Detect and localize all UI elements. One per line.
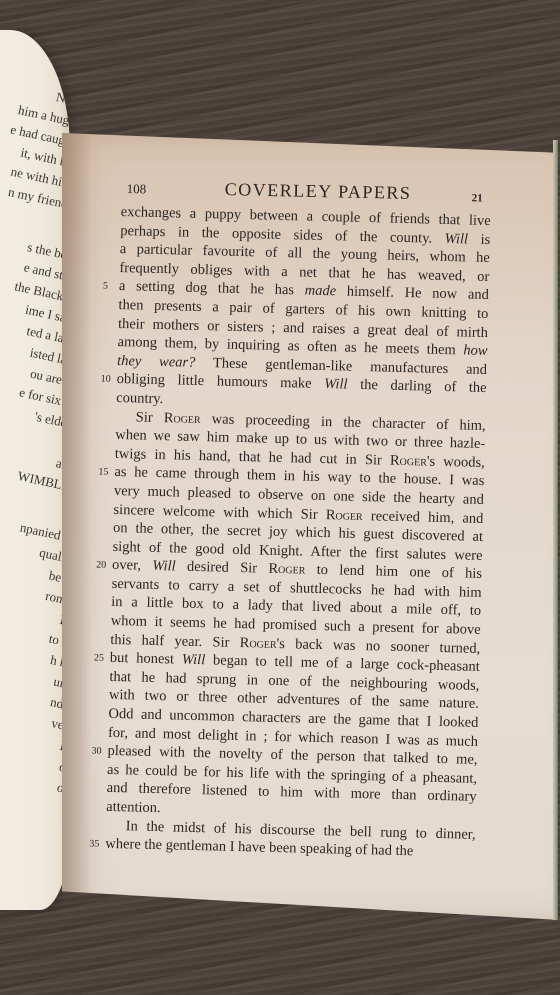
line-number: 35 xyxy=(89,836,99,855)
line-number: 10 xyxy=(100,371,110,390)
page-number: 108 xyxy=(127,181,147,197)
right-page-text: 108 COVERLEY PAPERS 21 exchanges a puppy… xyxy=(0,0,560,995)
line-number: 20 xyxy=(96,557,106,576)
line-number: 5 xyxy=(103,278,108,297)
body-text: exchanges a puppy between a couple of fr… xyxy=(105,203,491,863)
chapter-number: 21 xyxy=(472,192,483,204)
line-number: 25 xyxy=(94,650,104,669)
line-number: 15 xyxy=(98,464,108,483)
running-title: COVERLEY PAPERS xyxy=(225,179,412,204)
line-number: 30 xyxy=(91,743,101,762)
